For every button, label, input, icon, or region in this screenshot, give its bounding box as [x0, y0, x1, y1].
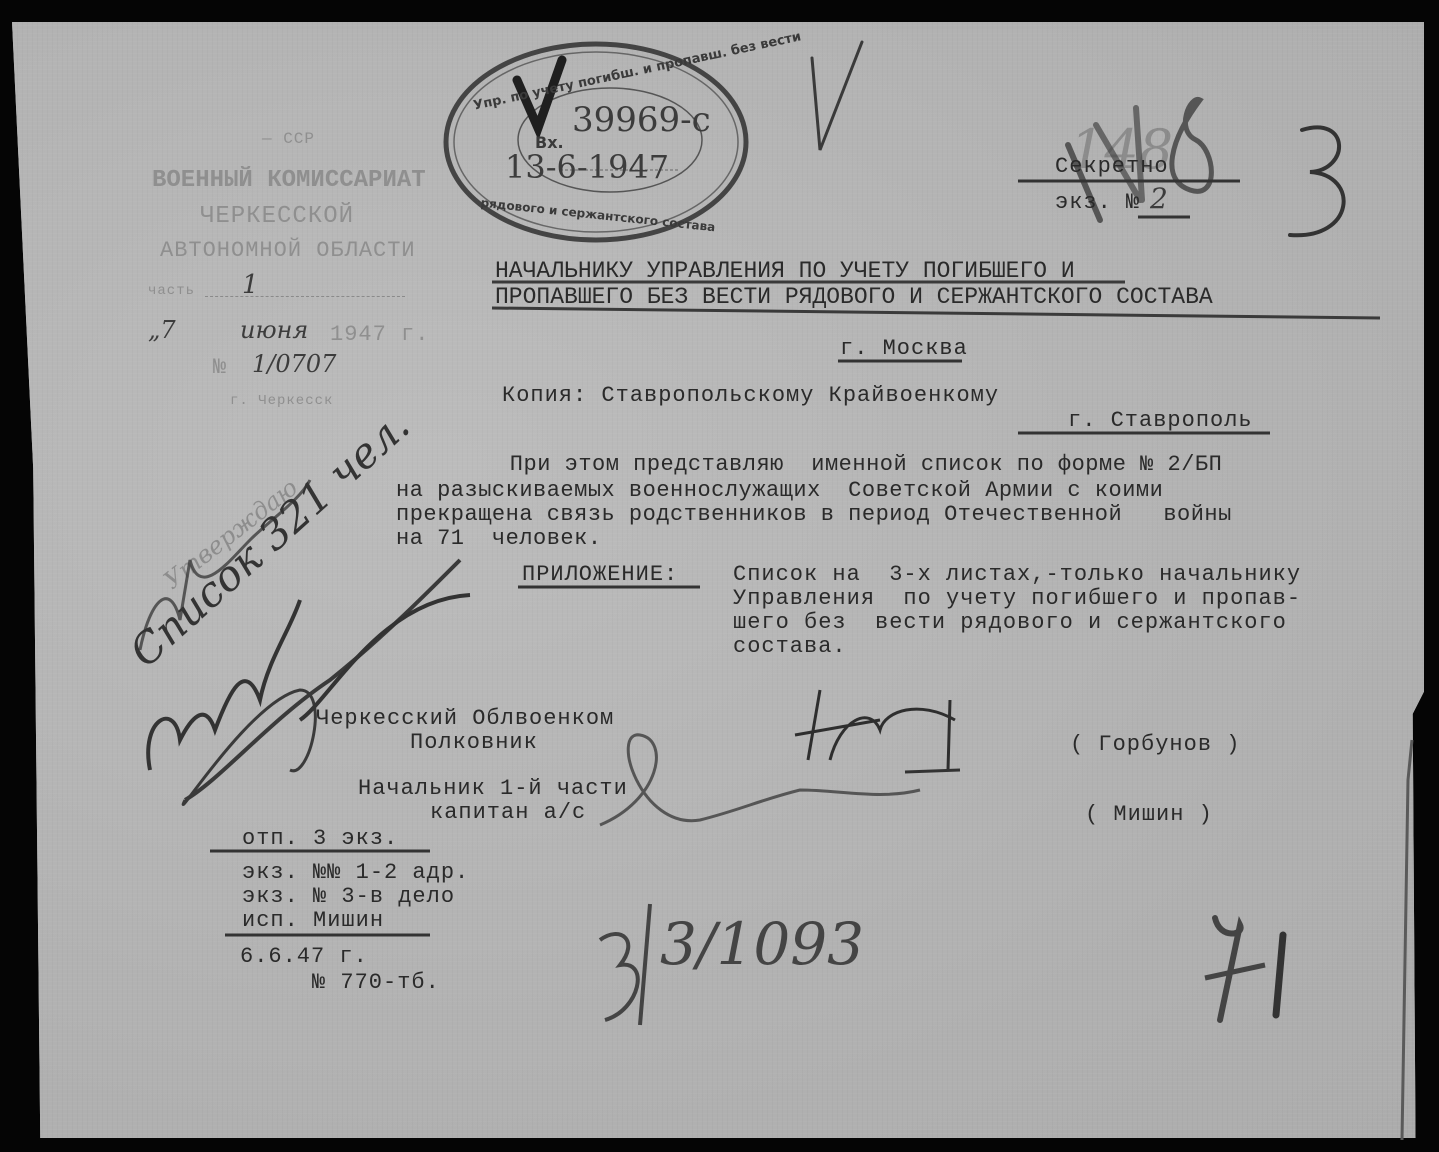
signatory-2-name: ( Мишин ) — [1085, 802, 1213, 828]
footer-copy-3: экз. № 3-в дело — [242, 884, 455, 910]
footer-outgoing-number: № 770-тб. — [312, 970, 440, 996]
attachment-line: шего без вести рядового и сержантского — [733, 610, 1287, 636]
signatory-2-title: Начальник 1-й части — [358, 776, 628, 802]
body-line: прекращена связь родственников в период … — [396, 502, 1232, 528]
footer-date: 6.6.47 г. — [240, 944, 368, 970]
letterhead-line-2: ЧЕРКЕССКОЙ — [200, 204, 354, 230]
handwritten-71-label: 71 — [1200, 910, 1302, 1003]
signatory-1-name: ( Горбунов ) — [1070, 732, 1240, 758]
part-underline — [205, 296, 405, 297]
footer-copies: отп. 3 экз. — [242, 826, 398, 852]
body-line: на разыскиваемых военнослужащих Советско… — [396, 478, 1163, 504]
attachment-line: Список на 3-х листах,-только начальнику — [733, 562, 1301, 588]
body-line: При этом представляю именной список по ф… — [455, 452, 1222, 478]
letterhead-country: — ССР — [262, 126, 315, 152]
letterhead-city: г. Черкесск — [230, 388, 333, 414]
addressee-line-2: ПРОПАВШЕГО БЕЗ ВЕСТИ РЯДОВОГО И СЕРЖАНТС… — [495, 284, 1213, 310]
letterhead-line-1: ВОЕННЫЙ КОМИССАРИАТ — [152, 168, 426, 194]
attachment-line: Управления по учету погибшего и пропав- — [733, 586, 1301, 612]
handwritten-3-label: 3 — [1290, 120, 1360, 248]
check-mark-2-label: V — [815, 70, 822, 81]
classification-copy-label: экз. № — [1055, 190, 1140, 216]
body-line: на 71 человек. — [396, 526, 602, 552]
letterhead-date-month: июня — [240, 316, 308, 344]
classification-label: Секретно — [1055, 154, 1169, 180]
letterhead-part-label: часть — [148, 278, 195, 304]
letterhead-date-year: 1947 г. — [330, 322, 429, 348]
copy-recipient: Копия: Ставропольскому Крайвоенкому — [502, 383, 999, 409]
footer-copy-1-2: экз. №№ 1-2 адр. — [242, 860, 469, 886]
addressee-line-1: НАЧАЛЬНИКУ УПРАВЛЕНИЯ ПО УЧЕТУ ПОГИБШЕГО… — [495, 258, 1075, 284]
copy-recipient-city: г. Ставрополь — [1068, 408, 1253, 434]
handwritten-3-1093-label: 3/1093 — [660, 910, 864, 978]
footer-executor: исп. Мишин — [242, 908, 384, 934]
stamp-date: 13-6-1947 — [505, 148, 669, 186]
stamp-inbox-number: 39969-с — [572, 100, 711, 140]
letterhead-date-day: „7 — [148, 316, 176, 344]
signatory-1-title: Черкесский Облвоенком — [316, 706, 614, 732]
letterhead-line-3: АВТОНОМНОЙ ОБЛАСТИ — [160, 238, 416, 264]
attachment-label: ПРИЛОЖЕНИЕ: — [522, 562, 678, 588]
addressee-city: г. Москва — [840, 336, 968, 362]
letterhead-number-value: 1/0707 — [252, 350, 336, 378]
check-mark-1-label: V — [515, 70, 522, 81]
classification-copy-number: 2 — [1150, 182, 1168, 215]
signatory-1-rank: Полковник — [410, 730, 538, 756]
signatory-2-rank: капитан а/с — [430, 800, 586, 826]
letterhead-part-value: 1 — [242, 270, 259, 300]
letterhead-number-label: № — [213, 355, 227, 381]
attachment-line: состава. — [733, 634, 847, 660]
